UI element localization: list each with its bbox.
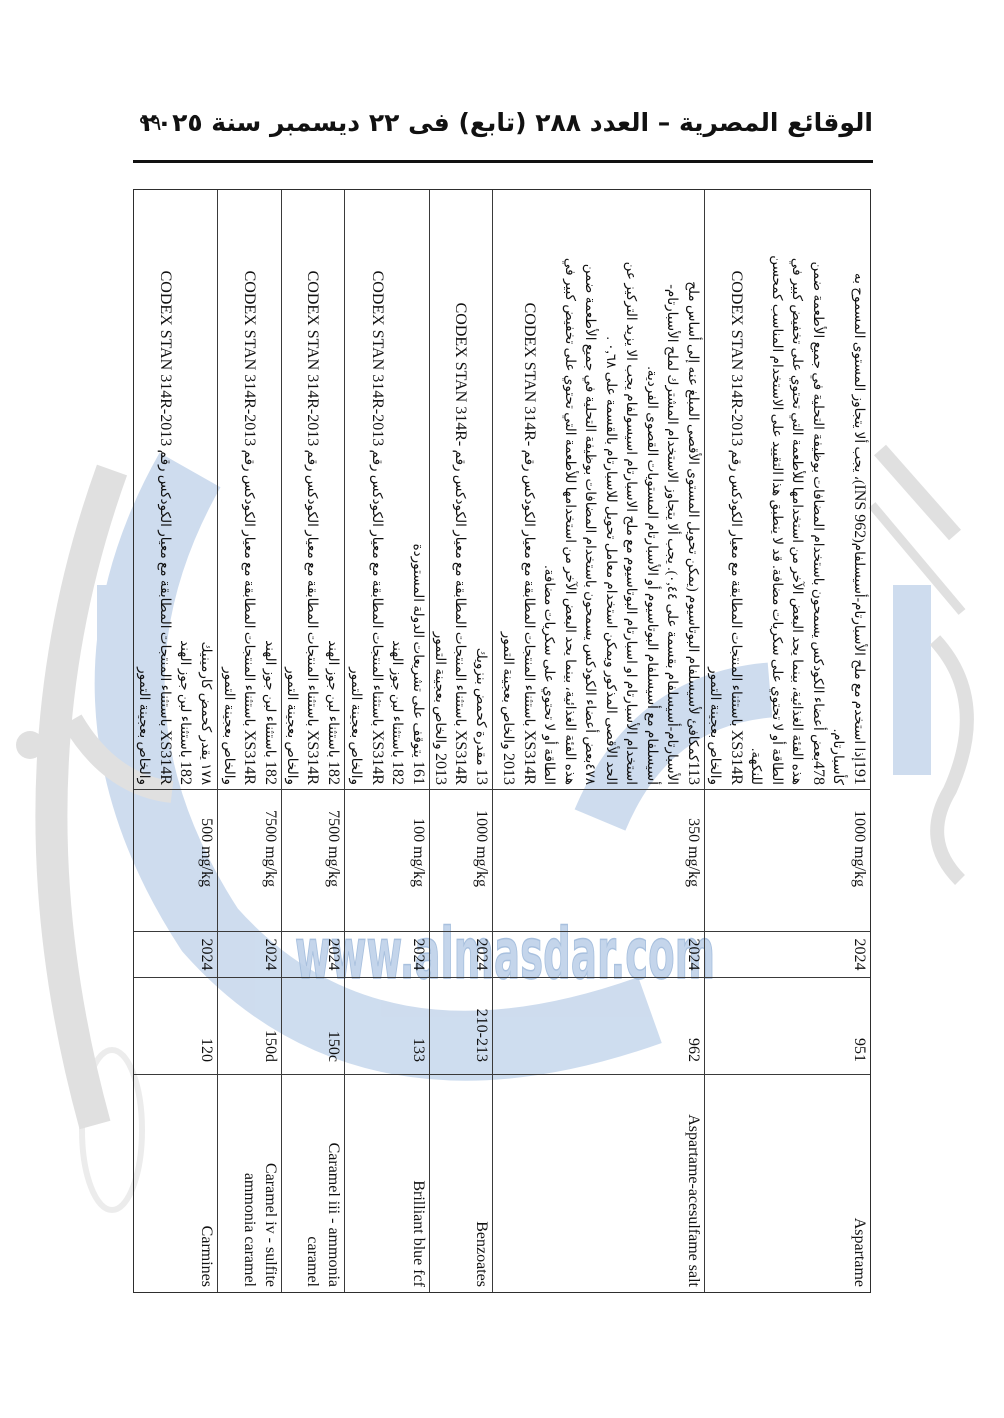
note-line: 161 يتوقف على تشريعات الدولة المستوردة <box>408 190 429 785</box>
year-cell: 2024 <box>217 931 281 977</box>
additives-table: Aspartame95120241000 mg/kg191إذا استخدم … <box>133 189 871 1293</box>
note-line: XS314R باستثناء المنتجات المطابقة مع معي… <box>302 190 323 785</box>
note-line: XS314R باستثناء المنتجات المطابقة مع معي… <box>450 190 471 785</box>
note-line: الحد الأقصى المذكور ويمكن استخدام معامل … <box>601 190 622 785</box>
year-cell: 2024 <box>281 931 344 977</box>
ins-number: 962 <box>683 978 704 1062</box>
additive-name: Caramel iii - ammonia <box>323 1075 344 1287</box>
latin-run: 113 <box>685 762 702 785</box>
additive-name: Brilliant blue fcf <box>408 1075 429 1287</box>
gazette-title: الوقائع المصرية – العدد ٢٨٨ (تابع) فى ٢٢… <box>142 106 873 140</box>
additive-name-cell: Caramel iv - sulfiteammonia caramel <box>217 1074 281 1292</box>
additive-name-cell: Carmines <box>134 1074 217 1292</box>
notes-cell: 161 يتوقف على تشريعات الدولة المستوردة18… <box>344 190 429 789</box>
year: 2024 <box>408 932 429 977</box>
note-line: XS314R باستثناء المنتجات المطابقة مع معي… <box>519 190 540 785</box>
note-line: 113كمكافئ لأسيسلفام البوتاسيوم (يمكن تحو… <box>683 190 704 785</box>
note-line: هذه الفئة الغذائية، بينما يحد البعض الآخ… <box>787 190 808 785</box>
additive-name: caramel <box>302 1075 323 1287</box>
notes-cell: 13 مقدرة كحمض بنزويكXS314R باستثناء المن… <box>429 190 492 789</box>
note-line: ٤٧٨بعض أعضاء الكودكس يسمحون باستخدام الم… <box>580 190 601 785</box>
note-line: XS314R باستثناء المنتجات المطابقة مع معي… <box>239 190 260 785</box>
latin-run: 478 <box>810 761 827 785</box>
note-line: استخدام الأسبارتام او اسبارتام البوتاسيو… <box>621 190 642 785</box>
note-line: ١٧٨ يقدر كحمض كارمينيك <box>196 190 217 785</box>
logo-calligraphy-stroke-1 <box>880 450 955 535</box>
latin-run: 182 <box>325 761 342 785</box>
notes-cell: 182 باستثناء لبن جوز الهندXS314R باستثنا… <box>281 190 344 789</box>
additive-name: Caramel iv - sulfite <box>260 1075 281 1287</box>
max-level-cell: 7500 mg/kg <box>217 789 281 931</box>
note-line: الأسبارتام-أسيسلفام بقسمة على ٠,٤٤). يجب… <box>662 190 683 785</box>
note-line: 182 باستثناء لبن جوز الهند <box>323 190 344 785</box>
max-level: 7500 mg/kg <box>323 790 344 887</box>
ins-number: 133 <box>408 978 429 1062</box>
max-level: 7500 mg/kg <box>260 790 281 887</box>
logo-calligraphy-stroke-2 <box>872 505 962 612</box>
year: 2024 <box>849 932 870 977</box>
max-level-cell: 7500 mg/kg <box>281 789 344 931</box>
max-level-cell: 500 mg/kg <box>134 789 217 931</box>
header-rule <box>133 160 873 163</box>
notes-cell: 113كمكافئ لأسيسلفام البوتاسيوم (يمكن تحو… <box>492 190 704 789</box>
year-cell: 2024 <box>492 931 704 977</box>
year: 2024 <box>683 932 704 977</box>
note-line: الطاقة أو لا تحتوي على سكريات مضافة. قد … <box>767 190 788 785</box>
note-line: هذه الفئة الغذائية، بينما يحد البعض الآخ… <box>560 190 581 785</box>
table-grid: Aspartame95120241000 mg/kg191إذا استخدم … <box>133 189 871 1293</box>
page-header: ٩٩ الوقائع المصرية – العدد ٢٨٨ (تابع) فى… <box>133 106 873 140</box>
year-cell: 2024 <box>704 931 870 977</box>
ins-number-cell: 150d <box>217 977 281 1074</box>
additive-name-cell: Aspartame <box>704 1074 870 1292</box>
ins-number-cell: 120 <box>134 977 217 1074</box>
latin-run: CODEX STAN 314R-2013 <box>242 271 259 447</box>
notes-cell: 191إذا استخدم مع ملح الأسبارتام-أسيسلفام… <box>704 190 870 789</box>
latin-run: CODEX STAN 314R- <box>453 303 470 447</box>
latin-run: CODEX STAN 314R-2013 <box>157 271 174 447</box>
logo-blue-bar-right <box>893 585 931 775</box>
additive-name: Carmines <box>196 1075 217 1287</box>
latin-run: XS314R <box>521 730 538 785</box>
latin-run: 13 <box>473 769 490 785</box>
latin-run: 182 <box>262 761 279 785</box>
additive-name: ammonia caramel <box>239 1075 260 1287</box>
notes-cell: ١٧٨ يقدر كحمض كارمينيك182 باستثناء لبن ج… <box>134 190 217 789</box>
year-cell: 2024 <box>429 931 492 977</box>
ins-number: 150d <box>260 978 281 1062</box>
additive-name-cell: Brilliant blue fcf <box>344 1074 429 1292</box>
latin-run: XS314R <box>242 730 259 785</box>
logo-grey-ring <box>51 470 112 1125</box>
note-line: 2013 والخاص بعجينة التمور <box>498 190 519 785</box>
note-line: والخاص بعجينة التمور <box>705 190 726 785</box>
additive-name-cell: Caramel iii - ammoniacaramel <box>281 1074 344 1292</box>
latin-run: 161 <box>410 761 427 785</box>
note-line: 191إذا استخدم مع ملح الأسبارتام-أسيسلفام… <box>849 190 870 785</box>
note-line: XS314R باستثناء المنتجات المطابقة مع معي… <box>367 190 388 785</box>
max-level-cell: 1000 mg/kg <box>429 789 492 931</box>
max-level: 100 mg/kg <box>408 790 429 887</box>
notes-cell: 182 باستثناء لبن جوز الهندXS314R باستثنا… <box>217 190 281 789</box>
note-line: الطاقة أو لا تحتوي على سكريات مضافة. <box>539 190 560 785</box>
year: 2024 <box>260 932 281 977</box>
ins-number-cell: 951 <box>704 977 870 1074</box>
note-line: والخاص بعجينة التمور <box>282 190 303 785</box>
latin-run: XS314R <box>369 730 386 785</box>
note-line: أسيسلفام مع أسيسلفام البوتاسيوم أو الأسب… <box>642 190 663 785</box>
latin-run: 182 <box>390 761 407 785</box>
note-line: والخاص بعجينة التمور <box>219 190 240 785</box>
logo-calligraphy-stroke-3 <box>935 640 967 880</box>
latin-run: CODEX STAN 314R-2013 <box>305 271 322 447</box>
latin-run: XS314R <box>305 730 322 785</box>
additive-name: Benzoates <box>471 1075 492 1287</box>
ins-number-cell: 133 <box>344 977 429 1074</box>
ins-number: 150c <box>323 978 344 1062</box>
max-level: 500 mg/kg <box>196 790 217 887</box>
additive-name: Aspartame-acesulfame salt <box>683 1075 704 1287</box>
note-line: XS314R باستثناء المنتجات المطابقة مع معي… <box>726 190 747 785</box>
note-line: 182 باستثناء لبن جوز الهند <box>175 190 196 785</box>
ins-number: 210-213 <box>471 978 492 1062</box>
year-cell: 2024 <box>344 931 429 977</box>
note-line: XS314R باستثناء المنتجات المطابقة مع معي… <box>155 190 176 785</box>
ins-number: 951 <box>849 978 870 1062</box>
note-line: 182 باستثناء لبن جوز الهند <box>260 190 281 785</box>
latin-run: XS314R <box>728 730 745 785</box>
ins-number-cell: 150c <box>281 977 344 1074</box>
additive-name: Aspartame <box>849 1075 870 1287</box>
max-level-cell: 350 mg/kg <box>492 789 704 931</box>
logo-grey-dot <box>16 731 44 759</box>
note-line: 478بعض أعضاء الكودكس يسمحون باستخدام الم… <box>808 190 829 785</box>
latin-run: 2013 <box>501 753 518 785</box>
year: 2024 <box>471 932 492 977</box>
ins-number-cell: 210-213 <box>429 977 492 1074</box>
latin-run: 2013 <box>432 753 449 785</box>
latin-run: CODEX STAN 314R-2013 <box>728 271 745 447</box>
latin-run: 182 <box>178 761 195 785</box>
latin-run: 191 <box>851 761 868 785</box>
year-cell: 2024 <box>134 931 217 977</box>
max-level-cell: 1000 mg/kg <box>704 789 870 931</box>
ins-number-cell: 962 <box>492 977 704 1074</box>
additive-name-cell: Benzoates <box>429 1074 492 1292</box>
note-line: للنكهة. <box>746 190 767 785</box>
latin-run: INS 962 <box>851 484 868 538</box>
max-level: 1000 mg/kg <box>849 790 870 887</box>
max-level: 1000 mg/kg <box>471 790 492 887</box>
latin-run: XS314R <box>453 730 470 785</box>
latin-run: CODEX STAN 314R-2013 <box>369 271 386 447</box>
note-line: والخاص بعجينة التمور <box>346 190 367 785</box>
note-line: 182 باستثناء لبن جوز الهند <box>387 190 408 785</box>
note-line: 13 مقدرة كحمض بنزويك <box>471 190 492 785</box>
latin-run: XS314R <box>157 730 174 785</box>
note-line: والخاص بعجينة التمور <box>134 190 155 785</box>
year: 2024 <box>323 932 344 977</box>
note-line: 2013 والخاص بعجينة التمور <box>430 190 451 785</box>
max-level: 350 mg/kg <box>683 790 704 887</box>
latin-run: CODEX STAN 314R- <box>521 303 538 447</box>
additive-name-cell: Aspartame-acesulfame salt <box>492 1074 704 1292</box>
max-level-cell: 100 mg/kg <box>344 789 429 931</box>
ins-number: 120 <box>196 978 217 1062</box>
note-line: كأسبارتام. <box>828 190 849 785</box>
year: 2024 <box>196 932 217 977</box>
